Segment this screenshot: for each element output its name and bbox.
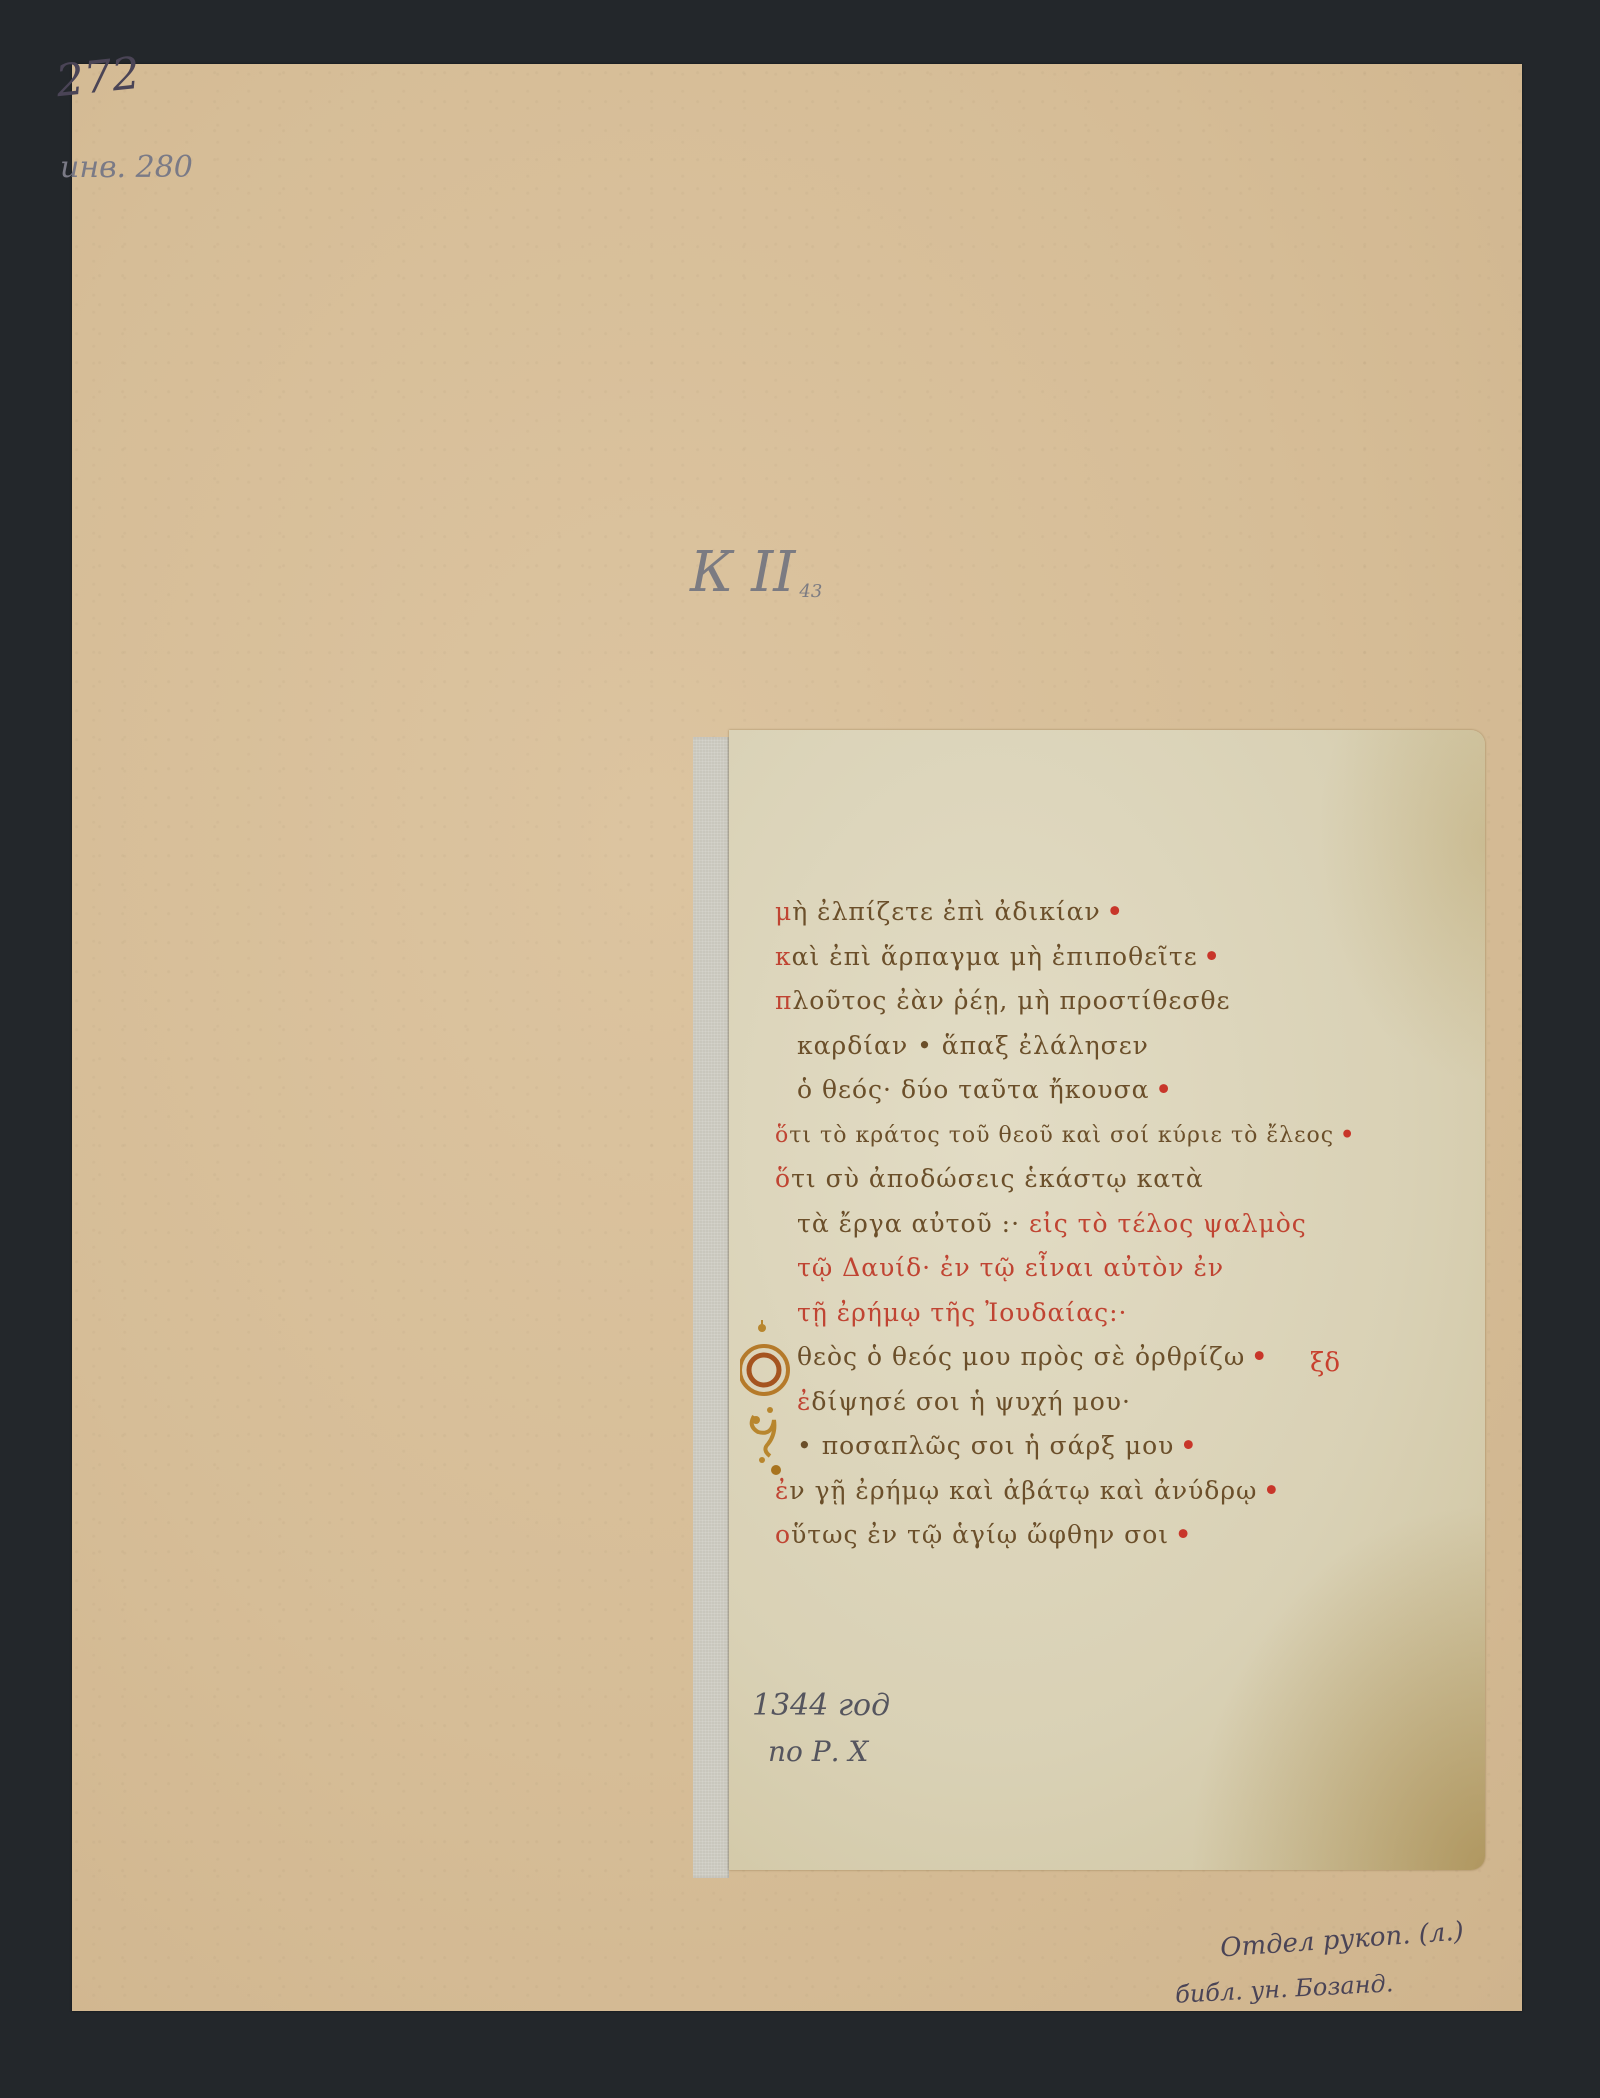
red-punctus: • xyxy=(1180,1431,1197,1460)
red-margin-numeral: ξδ xyxy=(1310,1348,1340,1378)
text-line-7: ὅτι σὺ ἀποδώσεις ἑκάστῳ κατὰ xyxy=(775,1157,1255,1202)
text-line-4: καρδίαν • ἅπαξ ἐλάλησεν xyxy=(775,1024,1255,1069)
line-text: ὴ ἐλπίζετε ἐπὶ ἀδικίαν xyxy=(792,897,1101,926)
line-text: αὶ ἐπὶ ἅρπαγμα μὴ ἐπιποθεῖτε xyxy=(792,942,1198,971)
red-punctus: • xyxy=(1251,1342,1268,1371)
rubric-title: εἰς τὸ τέλος ψαλμὸς xyxy=(1029,1209,1307,1238)
rubric-title: τῇ ἐρήμῳ τῆς Ἰουδαίας:· xyxy=(797,1298,1127,1327)
text-line-14: ἐν γῇ ἐρήμῳ καὶ ἀβάτῳ καὶ ἀνύδρῳ• xyxy=(775,1469,1255,1514)
date-annotation-line-1: 1344 год xyxy=(752,1688,890,1723)
shelfmark-sub: 43 xyxy=(799,581,822,602)
shelfmark-annotation: К II43 xyxy=(690,540,822,605)
text-line-10: τῇ ἐρήμῳ τῆς Ἰουδαίας:· xyxy=(775,1291,1255,1336)
red-punctus: • xyxy=(1263,1476,1280,1505)
rubric-title: τῷ Δαυίδ· ἐν τῷ εἶναι αὐτὸν ἐν xyxy=(797,1253,1224,1282)
text-line-9: τῷ Δαυίδ· ἐν τῷ εἶναι αὐτὸν ἐν xyxy=(775,1246,1255,1291)
text-line-2: καὶ ἐπὶ ἅρπαγμα μὴ ἐπιποθεῖτε• xyxy=(775,935,1255,980)
line-text: θεὸς ὁ θεός μου πρὸς σὲ ὀρθρίζω xyxy=(797,1342,1245,1371)
red-punctus: • xyxy=(1204,942,1221,971)
text-line-3: πλοῦτος ἐὰν ῥέῃ, μὴ προστίθεσθε xyxy=(775,979,1255,1024)
text-line-13: • ποσαπλῶς σοι ἡ σάρξ μου• xyxy=(775,1424,1255,1469)
rubric-initial: π xyxy=(775,986,792,1015)
text-line-15: οὕτως ἐν τῷ ἁγίῳ ὤφθην σοι• xyxy=(775,1513,1255,1558)
line-text: τὰ ἔργα αὐτοῦ :· xyxy=(797,1209,1020,1238)
text-line-8: τὰ ἔργα αὐτοῦ :· εἰς τὸ τέλος ψαλμὸς xyxy=(775,1202,1255,1247)
text-line-11: θεὸς ὁ θεός μου πρὸς σὲ ὀρθρίζω• xyxy=(775,1335,1255,1380)
text-line-5: ὁ θεός· δύο ταῦτα ἤκουσα• xyxy=(775,1068,1255,1113)
line-text: δίψησέ σοι ἡ ψυχή μου xyxy=(811,1387,1122,1416)
red-punctus: • xyxy=(1175,1520,1192,1549)
line-text: • ποσαπλῶς σοι ἡ σάρξ μου xyxy=(797,1431,1174,1460)
red-punctus: • xyxy=(1107,897,1124,926)
line-text: ν γῇ ἐρήμῳ καὶ ἀβάτῳ καὶ ἀνύδρῳ xyxy=(789,1476,1257,1505)
line-text: λοῦτος ἐὰν ῥέῃ, μὴ προστίθεσθε xyxy=(792,986,1230,1015)
rubric-initial: ἐ xyxy=(775,1476,789,1505)
rubric-initial: ἐ xyxy=(797,1387,811,1416)
punctus: · xyxy=(1122,1387,1131,1416)
rubric-initial: κ xyxy=(775,942,792,971)
inventory-number-annotation: инв. 280 xyxy=(60,150,193,185)
red-punctus: • xyxy=(1340,1122,1355,1148)
line-text: τι σὺ ἀποδώσεις ἑκάστῳ κατὰ xyxy=(791,1164,1204,1193)
rubric-initial: ὅ xyxy=(775,1123,789,1148)
text-line-6: ὅτι τὸ κράτος τοῦ θεοῦ καὶ σοί κύριε τὸ … xyxy=(775,1113,1255,1158)
rubric-initial: ὅ xyxy=(775,1164,791,1193)
text-line-1: μὴ ἐλπίζετε ἐπὶ ἀδικίαν• xyxy=(775,890,1255,935)
rubric-initial: μ xyxy=(775,897,792,926)
red-punctus: • xyxy=(1156,1075,1173,1104)
line-text: ὕτως ἐν τῷ ἁγίῳ ὤφθην σοι xyxy=(791,1520,1169,1549)
rubric-initial: ο xyxy=(775,1520,791,1549)
shelf-number-annotation: 272 xyxy=(54,48,143,107)
manuscript-text: μὴ ἐλπίζετε ἐπὶ ἀδικίαν• καὶ ἐπὶ ἅρπαγμα… xyxy=(775,890,1255,1558)
line-text: καρδίαν • ἅπαξ ἐλάλησεν xyxy=(797,1031,1149,1060)
line-text: τι τὸ κράτος τοῦ θεοῦ καὶ σοί κύριε τὸ ἔ… xyxy=(789,1123,1334,1148)
text-line-12: ἐδίψησέ σοι ἡ ψυχή μου· xyxy=(775,1380,1255,1425)
shelfmark-main: К II xyxy=(690,540,795,605)
line-text: ὁ θεός· δύο ταῦτα ἤκουσα xyxy=(797,1075,1150,1104)
date-annotation-line-2: по Р. Х xyxy=(768,1735,868,1768)
linen-guard-strip xyxy=(693,737,729,1878)
